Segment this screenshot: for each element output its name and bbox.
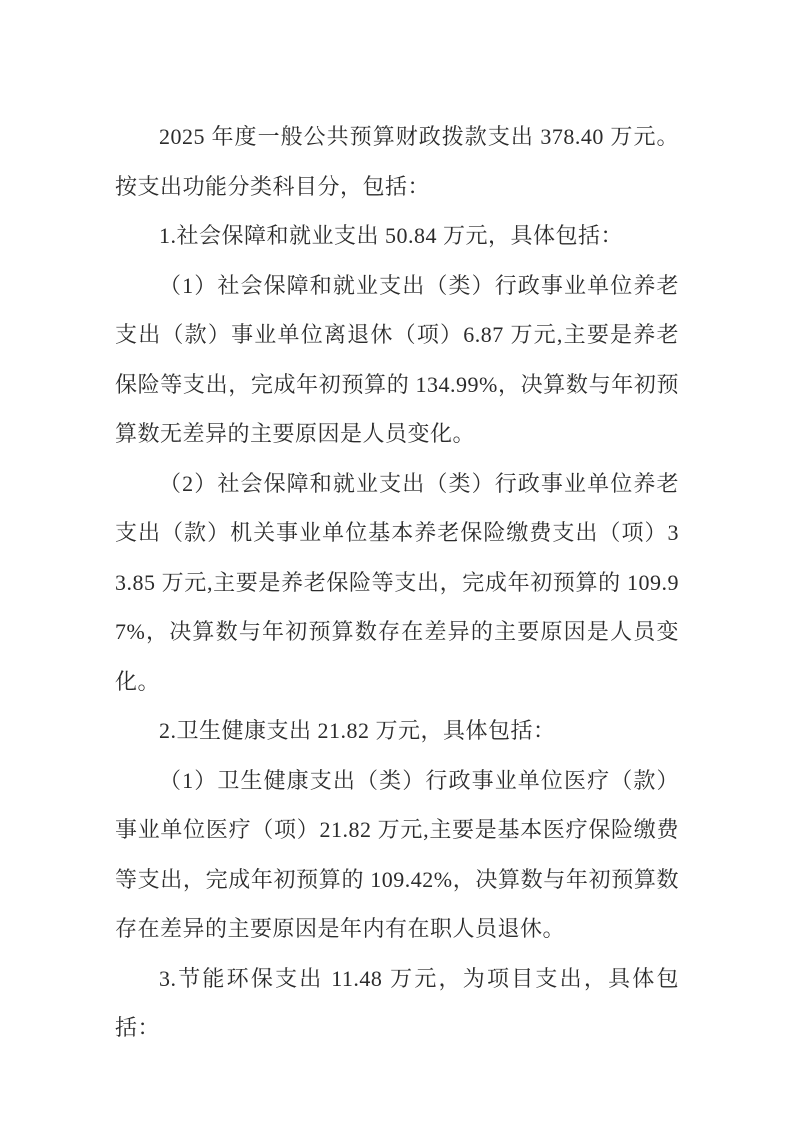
document-page: 2025 年度一般公共预算财政拨款支出 378.40 万元。按支出功能分类科目分… xyxy=(0,0,793,1122)
paragraph-health-item: （1）卫生健康支出（类）行政事业单位医疗（款）事业单位医疗（项）21.82 万元… xyxy=(115,756,679,954)
paragraph-energy-conservation-total: 3.节能环保支出 11.48 万元，为项目支出，具体包括： xyxy=(115,954,679,1053)
paragraph-health-total: 2.卫生健康支出 21.82 万元，具体包括： xyxy=(115,706,679,756)
document-body: 2025 年度一般公共预算财政拨款支出 378.40 万元。按支出功能分类科目分… xyxy=(115,112,679,1053)
paragraph-social-security-total: 1.社会保障和就业支出 50.84 万元，具体包括： xyxy=(115,211,679,261)
paragraph-intro: 2025 年度一般公共预算财政拨款支出 378.40 万元。按支出功能分类科目分… xyxy=(115,112,679,211)
paragraph-basic-pension-item: （2）社会保障和就业支出（类）行政事业单位养老支出（款）机关事业单位基本养老保险… xyxy=(115,459,679,707)
paragraph-retirement-item: （1）社会保障和就业支出（类）行政事业单位养老支出（款）事业单位离退休（项）6.… xyxy=(115,261,679,459)
